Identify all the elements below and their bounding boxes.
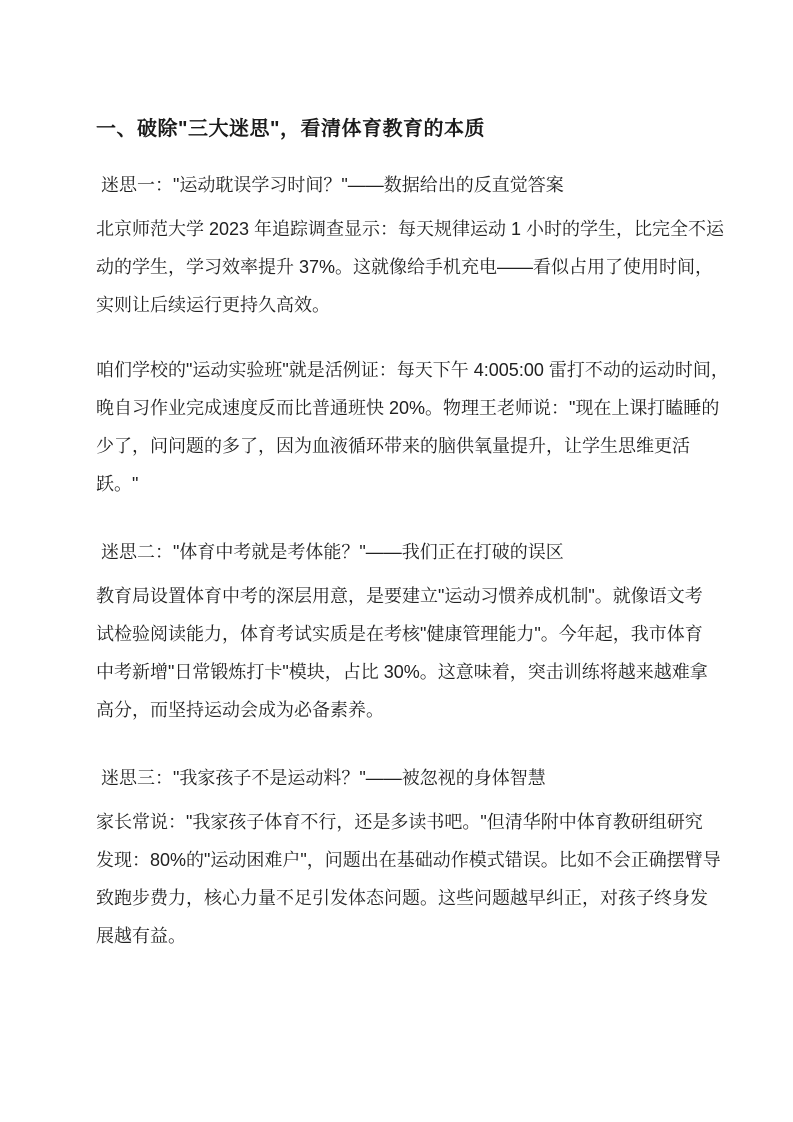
- text-line: 家长常说："我家孩子体育不行，还是多读书吧。"但清华附中体育教研组研究: [96, 803, 700, 841]
- text-line: 晚自习作业完成速度反而比普通班快 20%。物理王老师说："现在上课打瞌睡的: [96, 389, 700, 427]
- document-page: 一、破除"三大迷思"，看清体育教育的本质 迷思一："运动耽误学习时间？"——数据…: [0, 0, 793, 1122]
- text-line: 高分，而坚持运动会成为必备素养。: [96, 691, 700, 729]
- text-line: 发现：80%的"运动困难户"，问题出在基础动作模式错误。比如不会正确摆臂导: [96, 841, 700, 879]
- section-subhead: 迷思三："我家孩子不是运动料？"——被忽视的身体智慧: [96, 759, 700, 797]
- paragraph: 教育局设置体育中考的深层用意，是要建立"运动习惯养成机制"。就像语文考 试检验阅…: [96, 577, 700, 729]
- text-line: 动的学生，学习效率提升 37%。这就像给手机充电——看似占用了使用时间，: [96, 248, 700, 286]
- paragraph: 家长常说："我家孩子体育不行，还是多读书吧。"但清华附中体育教研组研究 发现：8…: [96, 803, 700, 955]
- text-line: 试检验阅读能力，体育考试实质是在考核"健康管理能力"。今年起，我市体育: [96, 615, 700, 653]
- text-line: 北京师范大学 2023 年追踪调查显示：每天规律运动 1 小时的学生，比完全不运: [96, 210, 700, 248]
- paragraph: 北京师范大学 2023 年追踪调查显示：每天规律运动 1 小时的学生，比完全不运…: [96, 210, 700, 324]
- text-line: 咱们学校的"运动实验班"就是活例证：每天下午 4:005:00 雷打不动的运动时…: [96, 351, 700, 389]
- text-line: 跃。": [96, 465, 700, 503]
- section-myth-3: 迷思三："我家孩子不是运动料？"——被忽视的身体智慧 家长常说："我家孩子体育不…: [96, 759, 700, 955]
- section-myth-1: 迷思一："运动耽误学习时间？"——数据给出的反直觉答案 北京师范大学 2023 …: [96, 166, 700, 503]
- section-subhead: 迷思一："运动耽误学习时间？"——数据给出的反直觉答案: [96, 166, 700, 204]
- section-subhead: 迷思二："体育中考就是考体能？"——我们正在打破的误区: [96, 533, 700, 571]
- text-line: 实则让后续运行更持久高效。: [96, 286, 700, 324]
- text-line: 致跑步费力，核心力量不足引发体态问题。这些问题越早纠正，对孩子终身发: [96, 879, 700, 917]
- section-myth-2: 迷思二："体育中考就是考体能？"——我们正在打破的误区 教育局设置体育中考的深层…: [96, 533, 700, 729]
- text-line: 少了，问问题的多了，因为血液循环带来的脑供氧量提升，让学生思维更活: [96, 427, 700, 465]
- text-line: 展越有益。: [96, 917, 700, 955]
- text-line: 中考新增"日常锻炼打卡"模块，占比 30%。这意味着，突击训练将越来越难拿: [96, 653, 700, 691]
- page-title: 一、破除"三大迷思"，看清体育教育的本质: [96, 110, 700, 148]
- text-line: 教育局设置体育中考的深层用意，是要建立"运动习惯养成机制"。就像语文考: [96, 577, 700, 615]
- paragraph: 咱们学校的"运动实验班"就是活例证：每天下午 4:005:00 雷打不动的运动时…: [96, 351, 700, 503]
